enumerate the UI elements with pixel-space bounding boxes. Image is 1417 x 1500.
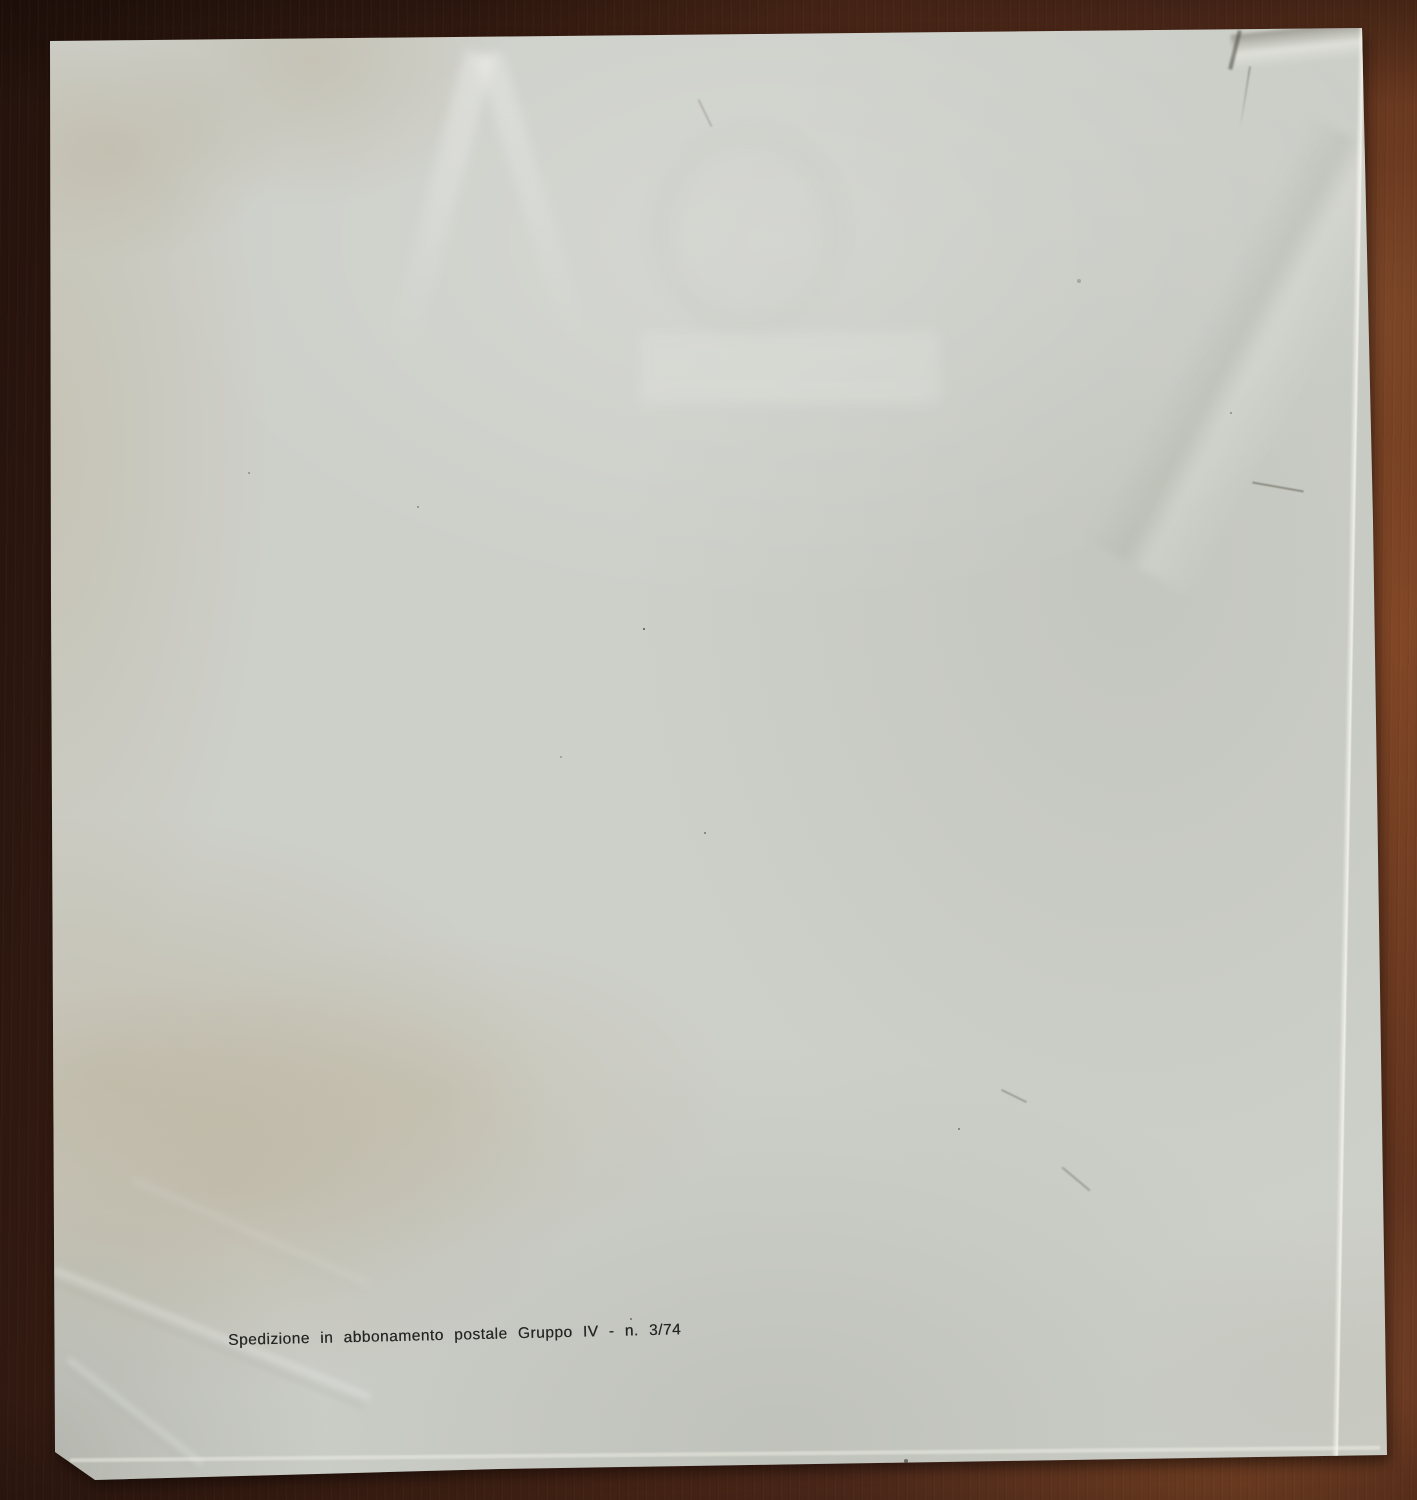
page-edge-highlight-right: [1332, 26, 1364, 1464]
show-through-ring: [655, 130, 842, 332]
crease-mark: [1062, 1167, 1091, 1192]
crease-mark: [1001, 1089, 1027, 1103]
show-through-rectangle: [640, 332, 940, 404]
corner-fold-tail: [1239, 66, 1251, 130]
photo-scene: Spedizione in abbonamento postale Gruppo…: [0, 0, 1417, 1500]
bottom-left-crease: [62, 1357, 203, 1471]
pale-streak: [385, 49, 494, 356]
corner-fold-notch: [1228, 30, 1242, 70]
imprint-text: Spedizione in abbonamento postale Gruppo…: [228, 1321, 681, 1350]
back-cover-wrap: Spedizione in abbonamento postale Gruppo…: [0, 0, 1417, 1500]
back-cover: Spedizione in abbonamento postale Gruppo…: [0, 0, 1417, 1500]
crease-mark: [698, 99, 713, 127]
pale-streak: [477, 51, 590, 345]
dust-specks: [0, 0, 2, 2]
bottom-left-crease: [49, 1267, 370, 1409]
soft-diagonal-crease: [854, 0, 1417, 707]
page-edge-highlight-bottom: [70, 1446, 1380, 1463]
paper-stains: [0, 0, 1417, 1500]
corner-fold-crease: [1230, 21, 1367, 71]
crease-mark: [1252, 482, 1304, 493]
bottom-left-crease: [129, 1178, 371, 1293]
